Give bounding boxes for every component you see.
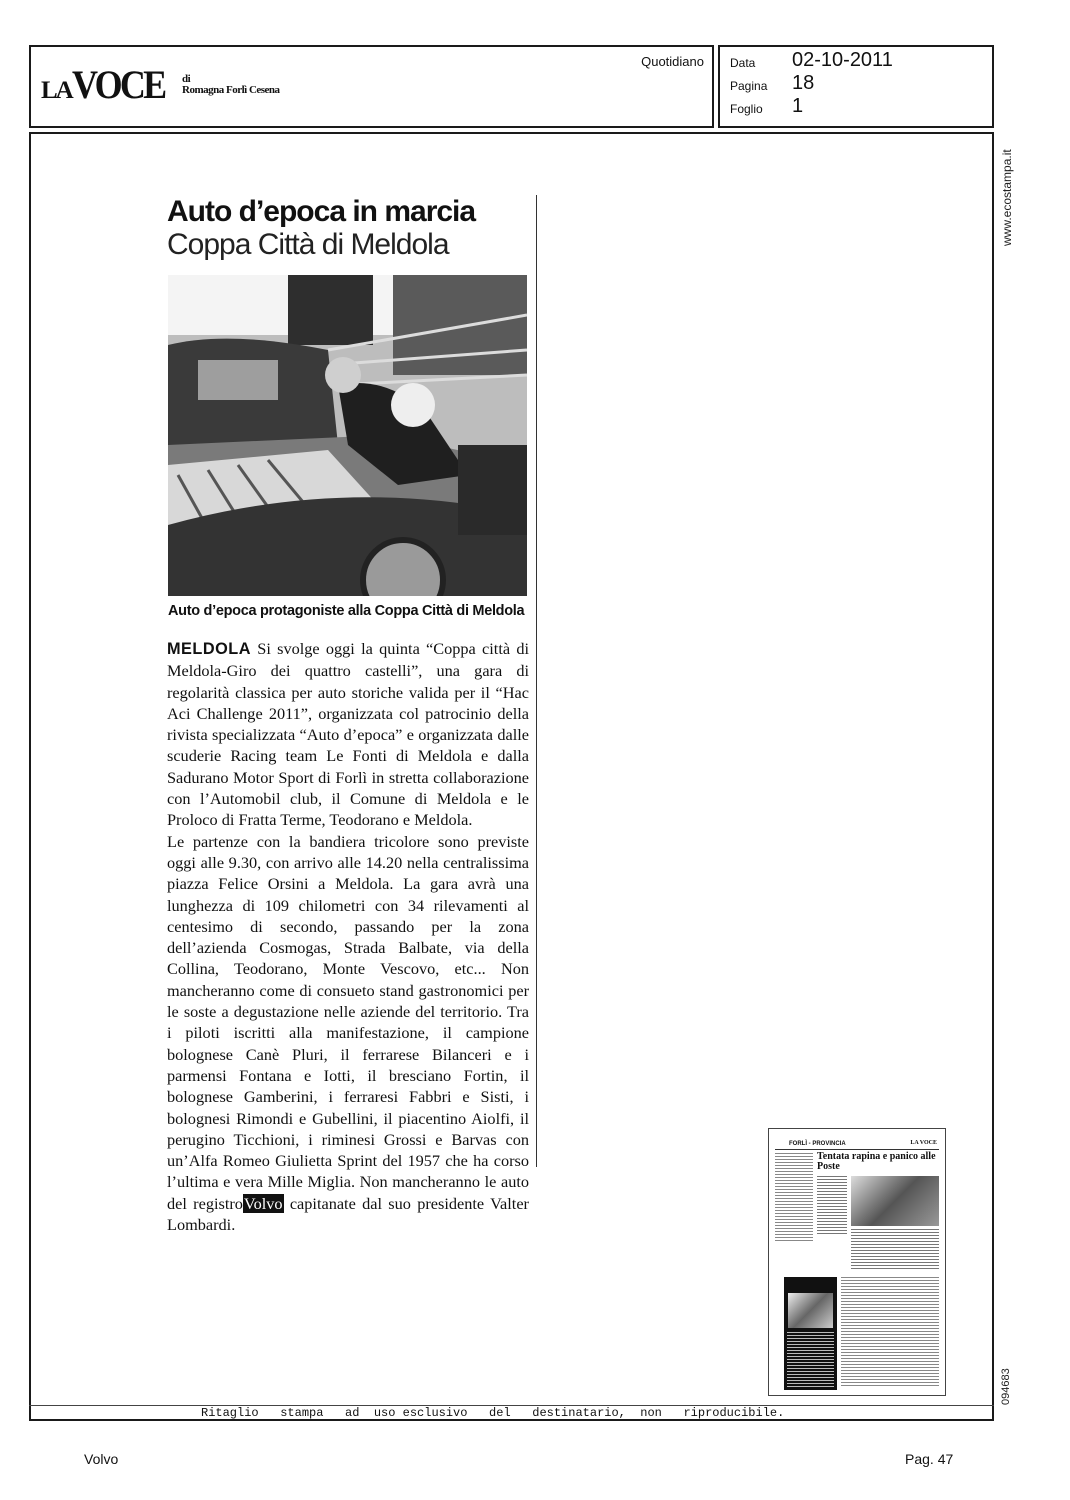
meta-value-page: 18: [792, 72, 814, 95]
article-paragraph-1: Si svolge oggi la quinta “Coppa città di…: [167, 639, 529, 829]
thumb-rule: [775, 1149, 939, 1150]
thumb-article-highlight: [784, 1277, 837, 1390]
meta-value-date: 02-10-2011: [792, 49, 893, 72]
thumb-masthead: LA VOCE: [910, 1140, 937, 1146]
keyword-highlight: Volvo: [243, 1194, 284, 1213]
disclaimer-text: Ritaglio stampa ad uso esclusivo del des…: [201, 1406, 784, 1420]
article-headline: Auto d’epoca in marcia: [167, 195, 475, 229]
article-photo: [168, 275, 527, 596]
header-logo-box: LAVOCE di Romagna Forlì Cesena Quotidian…: [29, 45, 714, 128]
thumb-article-photo: [788, 1293, 833, 1328]
meta-label-page: Pagina: [730, 79, 767, 93]
meta-label-date: Data: [730, 56, 755, 70]
meta-value-sheet: 1: [792, 95, 803, 118]
photo-caption: Auto d’epoca protagoniste alla Coppa Cit…: [168, 603, 524, 619]
footer-keyword: Volvo: [84, 1451, 118, 1467]
article-subheadline: Coppa Città di Meldola: [167, 228, 449, 262]
thumb-text-column: [817, 1176, 847, 1236]
page-thumbnail[interactable]: FORLÌ - PROVINCIA LA VOCE Tentata rapina…: [768, 1128, 946, 1396]
footer-page-number: Pag. 47: [905, 1451, 953, 1467]
logo-la: LA: [41, 77, 72, 104]
logo-voce: VOCE: [72, 61, 164, 108]
classic-car-photo-icon: [168, 275, 527, 596]
meta-label-sheet: Foglio: [730, 102, 763, 116]
clip-code: 094683: [1000, 1368, 1012, 1405]
disclaimer-strip: Ritaglio stampa ad uso esclusivo del des…: [29, 1405, 994, 1421]
article-dateline: MELDOLA: [167, 640, 251, 658]
thumb-text-block: [851, 1229, 939, 1269]
logo-region: Romagna Forlì Cesena: [182, 85, 280, 96]
article-body: MELDOLA Si svolge oggi la quinta “Coppa …: [167, 638, 529, 1235]
thumb-headline: Tentata rapina e panico alle Poste: [817, 1152, 937, 1172]
thumb-article-text: [787, 1332, 834, 1387]
newspaper-logo: LAVOCE: [41, 61, 175, 108]
article-paragraph-2: Le partenze con la bandiera tricolore so…: [167, 832, 529, 1213]
publication-type: Quotidiano: [641, 54, 704, 69]
thumb-section: FORLÌ - PROVINCIA: [789, 1141, 846, 1147]
column-divider: [536, 195, 537, 1167]
header-meta-box: Data 02-10-2011 Pagina 18 Foglio 1: [718, 45, 994, 128]
website-label: www.ecostampa.it: [1000, 149, 1014, 246]
thumb-left-column: [775, 1153, 813, 1243]
thumb-other-text: [841, 1277, 939, 1387]
thumb-photo: [851, 1176, 939, 1226]
